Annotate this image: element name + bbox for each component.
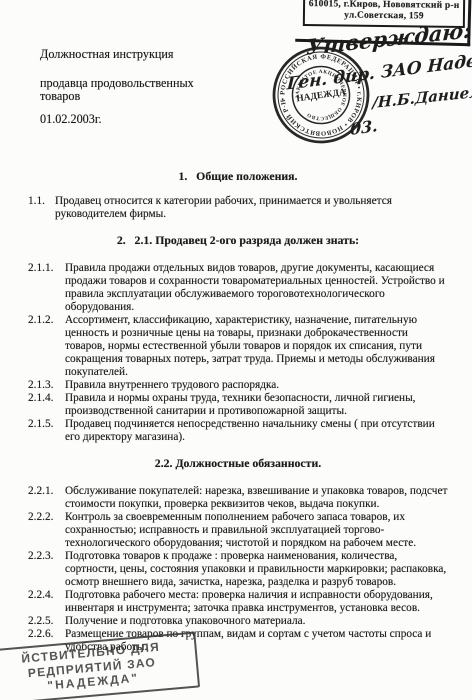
clause-1-1: 1.1. Продавец относится к категории рабо… bbox=[28, 195, 448, 221]
clause-text: Ассортимент, классификацию, характеристи… bbox=[65, 314, 448, 379]
document-date: 01.02.2003г. bbox=[40, 113, 250, 127]
clause-2-1-4: 2.1.4. Правила и нормы охраны труда, тех… bbox=[28, 392, 448, 418]
clause-text: Правила и нормы охраны труда, техники бе… bbox=[65, 392, 448, 418]
clause-2-2-4: 2.2.4. Подготовка рабочего места: провер… bbox=[28, 589, 448, 615]
clause-text: Продавец подчиняется непосредственно нач… bbox=[65, 418, 448, 444]
document-title: Должностная инструкция bbox=[40, 48, 250, 62]
clause-2-1-2: 2.1.2. Ассортимент, классификацию, харак… bbox=[28, 314, 448, 379]
clause-2-1-3: 2.1.3. Правила внутреннего трудового рас… bbox=[28, 379, 448, 392]
clause-number: 2.2.4. bbox=[28, 589, 65, 602]
clause-2-2-2: 2.2.2. Контроль за своевременным пополне… bbox=[28, 511, 448, 550]
clause-text: Подготовка товаров к продаже : проверка … bbox=[65, 550, 448, 589]
clause-text: Продавец относится к категории рабочих, … bbox=[55, 195, 448, 221]
clause-text: Правила продажи отдельных видов товаров,… bbox=[65, 262, 448, 314]
clause-number: 2.2.1. bbox=[28, 485, 65, 498]
clause-text: Подготовка рабочего места: проверка нали… bbox=[65, 589, 448, 615]
clause-number: 2.2.2. bbox=[28, 511, 65, 524]
clause-text: Обслуживание покупателей: нарезка, взвеш… bbox=[65, 485, 448, 511]
clause-2-2-5: 2.2.5. Получение и подготовка упаковочно… bbox=[28, 615, 448, 628]
section-heading-must-know: 2. 2.1. Продавец 2-ого разряда должен зн… bbox=[28, 234, 448, 247]
handwriting-signature: /Н.Б.Даниел/ bbox=[372, 82, 472, 112]
clause-text: Правила внутреннего трудового распорядка… bbox=[65, 379, 448, 392]
clause-number: 2.1.2. bbox=[28, 314, 65, 327]
document-subtitle-line1: продавца продовольственных bbox=[40, 77, 250, 91]
clause-2-2-1: 2.2.1. Обслуживание покупателей: нарезка… bbox=[28, 485, 448, 511]
handwriting-date: 03. bbox=[350, 116, 378, 139]
clause-2-1-1: 2.1.1. Правила продажи отдельных видов т… bbox=[28, 262, 448, 314]
clause-number: 2.2.3. bbox=[28, 550, 65, 563]
clause-2-1-5: 2.1.5. Продавец подчиняется непосредстве… bbox=[28, 418, 448, 444]
clause-number: 1.1. bbox=[28, 195, 55, 208]
clause-2-2-3: 2.2.3. Подготовка товаров к продаже : пр… bbox=[28, 550, 448, 589]
document-body: 1. Общие положения. 1.1. Продавец относи… bbox=[28, 170, 448, 654]
document-subtitle-line2: товаров bbox=[40, 90, 250, 104]
section-heading-general: 1. Общие положения. bbox=[28, 170, 448, 183]
scanned-document-page: 610015, г.Киров, Нововятский р-н ул.Сове… bbox=[0, 0, 472, 700]
clause-number: 2.1.1. bbox=[28, 262, 65, 275]
title-block: Должностная инструкция продавца продовол… bbox=[40, 48, 250, 126]
clause-number: 2.2.6. bbox=[28, 628, 65, 641]
section-heading-duties: 2.2. Должностные обязанности. bbox=[28, 457, 448, 470]
clause-number: 2.1.5. bbox=[28, 418, 65, 431]
clause-number: 2.1.4. bbox=[28, 392, 65, 405]
clause-number: 2.1.3. bbox=[28, 379, 65, 392]
clause-text: Контроль за своевременным пополнением ра… bbox=[65, 511, 448, 550]
clause-number: 2.2.5. bbox=[28, 615, 65, 628]
clause-text: Получение и подготовка упаковочного мате… bbox=[65, 615, 448, 628]
